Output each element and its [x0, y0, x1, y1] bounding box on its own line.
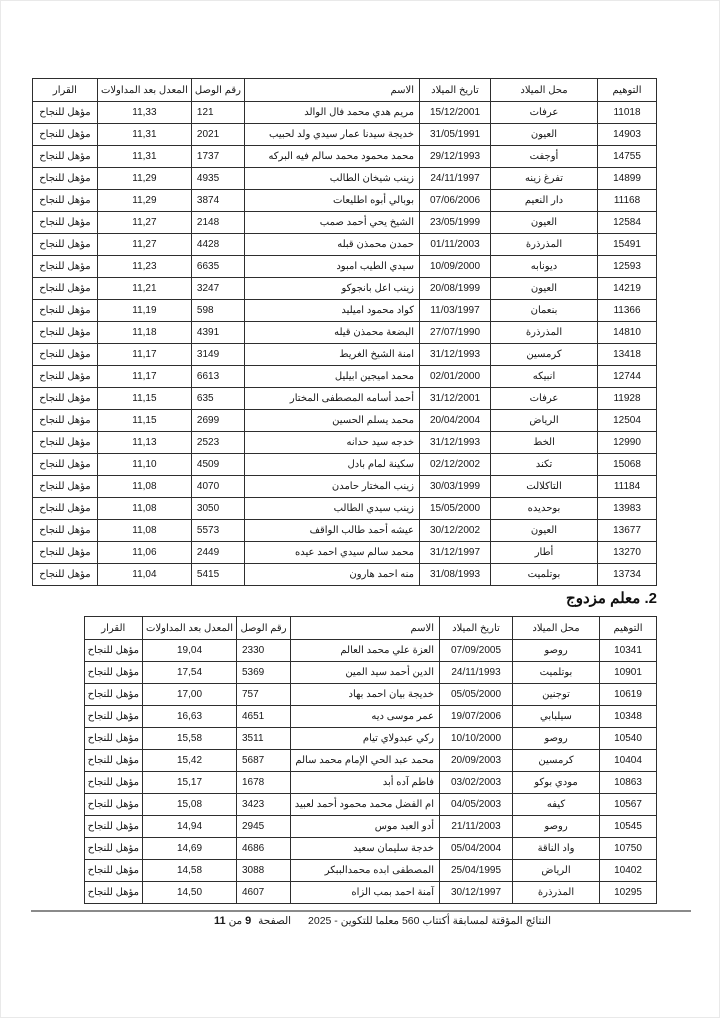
column-header-id: التوهيم	[598, 79, 657, 102]
column-header-decision: القرار	[32, 79, 97, 102]
cell-id: 12990	[598, 432, 657, 454]
cell-birth_place: روصو	[513, 640, 600, 662]
cell-id: 15068	[598, 454, 657, 476]
cell-average: 11,10	[97, 454, 191, 476]
table-row: 13270أطار31/12/1997محمد سالم سيدي احمد ع…	[32, 542, 656, 564]
table-row: 11184التاكلالت30/03/1999زينب المختار حام…	[32, 476, 656, 498]
cell-name: زينب شيخان الطالب	[245, 168, 420, 190]
cell-receipt_no: 5573	[191, 520, 244, 542]
cell-average: 19,04	[143, 640, 237, 662]
cell-birth_place: انبيكه	[491, 366, 598, 388]
table-row: 10540روصو10/10/2000ركي عبدولاي تيام35111…	[84, 728, 656, 750]
table-row: 13418كرمسين31/12/1993امنة الشيخ الغريط31…	[32, 344, 656, 366]
table-row: 14903العيون31/05/1991خديجة سيدنا عمار سي…	[32, 124, 656, 146]
section-heading-dual-teacher: 2. معلم مزدوج	[566, 589, 657, 607]
cell-id: 10863	[600, 772, 657, 794]
column-header-receipt_no: رقم الوصل	[237, 617, 291, 640]
cell-birth_date: 07/09/2005	[440, 640, 513, 662]
cell-average: 15,17	[143, 772, 237, 794]
cell-average: 11,08	[97, 476, 191, 498]
cell-name: زينب اعل بانجوكو	[245, 278, 420, 300]
cell-name: خدجة سليمان سعيد	[291, 838, 440, 860]
cell-name: خديجة سيدنا عمار سيدي ولد لحبيب	[245, 124, 420, 146]
cell-average: 11,29	[97, 190, 191, 212]
cell-birth_place: عرفات	[491, 388, 598, 410]
cell-average: 11,23	[97, 256, 191, 278]
cell-id: 11168	[598, 190, 657, 212]
cell-birth_place: الرياض	[513, 860, 600, 882]
cell-decision: مؤهل للنجاح	[32, 344, 97, 366]
cell-decision: مؤهل للنجاح	[32, 388, 97, 410]
cell-birth_date: 31/12/2001	[420, 388, 491, 410]
cell-decision: مؤهل للنجاح	[84, 684, 142, 706]
column-header-receipt_no: رقم الوصل	[191, 79, 244, 102]
table-row: 10404كرمسين20/09/2003محمد عبد الحي الإما…	[84, 750, 656, 772]
cell-id: 13418	[598, 344, 657, 366]
cell-name: محمد محمود محمد سالم فيه البركه	[245, 146, 420, 168]
cell-birth_place: دار النعيم	[491, 190, 598, 212]
cell-receipt_no: 3874	[191, 190, 244, 212]
cell-receipt_no: 2330	[237, 640, 291, 662]
cell-decision: مؤهل للنجاح	[32, 278, 97, 300]
cell-name: خدجه سيد حدانه	[245, 432, 420, 454]
cell-birth_date: 10/10/2000	[440, 728, 513, 750]
cell-birth_date: 03/02/2003	[440, 772, 513, 794]
column-header-decision: القرار	[84, 617, 142, 640]
cell-birth_date: 02/01/2000	[420, 366, 491, 388]
cell-birth_date: 24/11/1997	[420, 168, 491, 190]
cell-name: محمد يسلم الحسين	[245, 410, 420, 432]
cell-receipt_no: 4070	[191, 476, 244, 498]
cell-id: 12744	[598, 366, 657, 388]
table-row: 10567كيفه04/05/2003ام الفضل محمد محمود أ…	[84, 794, 656, 816]
cell-birth_place: العيون	[491, 212, 598, 234]
cell-receipt_no: 1678	[237, 772, 291, 794]
cell-receipt_no: 5369	[237, 662, 291, 684]
cell-name: محمد عبد الحي الإمام محمد سالم	[291, 750, 440, 772]
cell-average: 11,04	[97, 564, 191, 586]
cell-id: 12584	[598, 212, 657, 234]
cell-receipt_no: 2449	[191, 542, 244, 564]
cell-decision: مؤهل للنجاح	[32, 212, 97, 234]
cell-average: 15,08	[143, 794, 237, 816]
results-table-2-wrap: التوهيممحل الميلادتاريخ الميلادالاسمرقم …	[84, 616, 657, 904]
cell-decision: مؤهل للنجاح	[32, 366, 97, 388]
cell-receipt_no: 4391	[191, 322, 244, 344]
cell-name: محمد اميجين ابيليل	[245, 366, 420, 388]
cell-decision: مؤهل للنجاح	[84, 882, 142, 904]
cell-name: محمد سالم سيدي احمد عيده	[245, 542, 420, 564]
cell-average: 11,19	[97, 300, 191, 322]
table-row: 14899تفرغ زينه24/11/1997زينب شيخان الطال…	[32, 168, 656, 190]
cell-id: 11928	[598, 388, 657, 410]
cell-decision: مؤهل للنجاح	[32, 234, 97, 256]
cell-name: خديجة بيان احمد بهاد	[291, 684, 440, 706]
cell-average: 11,06	[97, 542, 191, 564]
table-row: 10901بوتلميت24/11/1993الدين أحمد سيد الم…	[84, 662, 656, 684]
cell-decision: مؤهل للنجاح	[32, 300, 97, 322]
cell-decision: مؤهل للنجاح	[84, 706, 142, 728]
cell-receipt_no: 3511	[237, 728, 291, 750]
cell-decision: مؤهل للنجاح	[84, 772, 142, 794]
column-header-average: المعدل بعد المداولات	[143, 617, 237, 640]
cell-receipt_no: 6613	[191, 366, 244, 388]
cell-average: 15,42	[143, 750, 237, 772]
cell-birth_place: التاكلالت	[491, 476, 598, 498]
cell-birth_date: 04/05/2003	[440, 794, 513, 816]
cell-id: 10750	[600, 838, 657, 860]
cell-receipt_no: 757	[237, 684, 291, 706]
cell-birth_place: تكند	[491, 454, 598, 476]
column-header-average: المعدل بعد المداولات	[97, 79, 191, 102]
cell-id: 10567	[600, 794, 657, 816]
cell-name: فاطم آده أبد	[291, 772, 440, 794]
cell-birth_date: 27/07/1990	[420, 322, 491, 344]
cell-name: الشيخ يحي أحمد صمب	[245, 212, 420, 234]
cell-id: 13677	[598, 520, 657, 542]
cell-decision: مؤهل للنجاح	[32, 454, 97, 476]
cell-id: 13983	[598, 498, 657, 520]
table-row: 15491المذرذرة01/11/2003حمدن محمذن قبله44…	[32, 234, 656, 256]
cell-id: 10540	[600, 728, 657, 750]
cell-birth_place: روصو	[513, 816, 600, 838]
cell-average: 11,08	[97, 498, 191, 520]
table-row: 10545روصو21/11/2003أدو العبد موس294514,9…	[84, 816, 656, 838]
cell-id: 13734	[598, 564, 657, 586]
cell-average: 11,21	[97, 278, 191, 300]
cell-receipt_no: 2523	[191, 432, 244, 454]
cell-average: 15,58	[143, 728, 237, 750]
cell-id: 12504	[598, 410, 657, 432]
cell-id: 14903	[598, 124, 657, 146]
cell-name: ركي عبدولاي تيام	[291, 728, 440, 750]
table-row: 11168دار النعيم07/06/2006بوبالي أبوه اطل…	[32, 190, 656, 212]
header-row: التوهيممحل الميلادتاريخ الميلادالاسمرقم …	[32, 79, 656, 102]
cell-id: 11184	[598, 476, 657, 498]
table-row: 10863مودي بوكو03/02/2003فاطم آده أبد1678…	[84, 772, 656, 794]
table-row: 14810المذرذرة27/07/1990البضعة محمذن قيله…	[32, 322, 656, 344]
cell-birth_date: 20/04/2004	[420, 410, 491, 432]
column-header-birth_place: محل الميلاد	[513, 617, 600, 640]
table-row: 14219العيون20/08/1999زينب اعل بانجوكو324…	[32, 278, 656, 300]
cell-average: 14,94	[143, 816, 237, 838]
cell-id: 10402	[600, 860, 657, 882]
cell-birth_date: 31/12/1997	[420, 542, 491, 564]
column-header-birth_place: محل الميلاد	[491, 79, 598, 102]
table-row: 10402الرياض25/04/1995المصطفى ابده محمدال…	[84, 860, 656, 882]
cell-name: الدين أحمد سيد المين	[291, 662, 440, 684]
results-table-primary: التوهيممحل الميلادتاريخ الميلادالاسمرقم …	[32, 78, 657, 586]
cell-name: حمدن محمذن قبله	[245, 234, 420, 256]
cell-decision: مؤهل للنجاح	[32, 520, 97, 542]
cell-receipt_no: 2021	[191, 124, 244, 146]
cell-average: 11,29	[97, 168, 191, 190]
cell-average: 14,69	[143, 838, 237, 860]
cell-receipt_no: 598	[191, 300, 244, 322]
cell-receipt_no: 4686	[237, 838, 291, 860]
cell-id: 10348	[600, 706, 657, 728]
cell-decision: مؤهل للنجاح	[32, 124, 97, 146]
cell-birth_date: 30/12/1997	[440, 882, 513, 904]
cell-birth_place: العيون	[491, 520, 598, 542]
cell-name: بوبالي أبوه اطليعات	[245, 190, 420, 212]
cell-id: 14810	[598, 322, 657, 344]
cell-birth_date: 20/08/1999	[420, 278, 491, 300]
cell-id: 11018	[598, 102, 657, 124]
cell-name: ام الفضل محمد محمود أحمد لعبيد	[291, 794, 440, 816]
cell-birth_date: 31/12/1993	[420, 432, 491, 454]
column-header-id: التوهيم	[600, 617, 657, 640]
cell-average: 11,17	[97, 366, 191, 388]
table-row: 12990الخط31/12/1993خدجه سيد حدانه252311,…	[32, 432, 656, 454]
cell-id: 10295	[600, 882, 657, 904]
cell-birth_date: 15/05/2000	[420, 498, 491, 520]
cell-receipt_no: 6635	[191, 256, 244, 278]
cell-name: عمر موسى ديه	[291, 706, 440, 728]
cell-birth_place: توجنين	[513, 684, 600, 706]
column-header-name: الاسم	[245, 79, 420, 102]
cell-birth_date: 20/09/2003	[440, 750, 513, 772]
cell-average: 11,33	[97, 102, 191, 124]
cell-birth_place: كرمسين	[513, 750, 600, 772]
cell-id: 11366	[598, 300, 657, 322]
cell-receipt_no: 2945	[237, 816, 291, 838]
cell-birth_date: 23/05/1999	[420, 212, 491, 234]
cell-name: عيشه أحمد طالب الواقف	[245, 520, 420, 542]
cell-id: 14219	[598, 278, 657, 300]
footer-page-total: 11	[214, 915, 226, 927]
table-row: 12504الرياض20/04/2004محمد يسلم الحسين269…	[32, 410, 656, 432]
cell-decision: مؤهل للنجاح	[32, 190, 97, 212]
footer-page-info: الصفحة 9 من 11	[214, 915, 291, 927]
cell-birth_place: الخط	[491, 432, 598, 454]
cell-birth_date: 01/11/2003	[420, 234, 491, 256]
cell-birth_place: تفرغ زينه	[491, 168, 598, 190]
cell-name: البضعة محمذن قيله	[245, 322, 420, 344]
cell-birth_place: بوتلميت	[513, 662, 600, 684]
cell-id: 15491	[598, 234, 657, 256]
cell-birth_date: 11/03/1997	[420, 300, 491, 322]
cell-decision: مؤهل للنجاح	[84, 794, 142, 816]
table-row: 11366بنعمان11/03/1997كواد محمود اميليد59…	[32, 300, 656, 322]
cell-name: سكينة لمام بادل	[245, 454, 420, 476]
footer-page-label: الصفحة	[258, 915, 291, 927]
cell-decision: مؤهل للنجاح	[32, 322, 97, 344]
cell-id: 13270	[598, 542, 657, 564]
cell-receipt_no: 2699	[191, 410, 244, 432]
table-row: 10619توجنين05/05/2000خديجة بيان احمد بها…	[84, 684, 656, 706]
cell-birth_date: 31/12/1993	[420, 344, 491, 366]
cell-decision: مؤهل للنجاح	[32, 102, 97, 124]
cell-average: 14,58	[143, 860, 237, 882]
footer-title: النتائج المؤقتة لمسابقة أكتتاب 560 معلما…	[308, 915, 551, 927]
footer-page-separator: من	[229, 915, 243, 927]
cell-birth_place: الرياض	[491, 410, 598, 432]
cell-receipt_no: 635	[191, 388, 244, 410]
cell-receipt_no: 5687	[237, 750, 291, 772]
table-row: 10295المذرذرة30/12/1997آمنة احمد بمب الز…	[84, 882, 656, 904]
cell-average: 11,15	[97, 410, 191, 432]
table-row: 10750واد الناقة05/04/2004خدجة سليمان سعي…	[84, 838, 656, 860]
column-header-birth_date: تاريخ الميلاد	[440, 617, 513, 640]
cell-decision: مؤهل للنجاح	[32, 476, 97, 498]
cell-receipt_no: 2148	[191, 212, 244, 234]
cell-receipt_no: 1737	[191, 146, 244, 168]
cell-birth_place: بوحديده	[491, 498, 598, 520]
cell-average: 11,27	[97, 234, 191, 256]
cell-birth_date: 24/11/1993	[440, 662, 513, 684]
cell-birth_place: كيفه	[513, 794, 600, 816]
cell-birth_place: كرمسين	[491, 344, 598, 366]
cell-average: 16,63	[143, 706, 237, 728]
cell-birth_place: أوجفت	[491, 146, 598, 168]
cell-decision: مؤهل للنجاح	[84, 816, 142, 838]
cell-id: 10545	[600, 816, 657, 838]
cell-receipt_no: 3247	[191, 278, 244, 300]
cell-name: زينب المختار حامدن	[245, 476, 420, 498]
cell-id: 10619	[600, 684, 657, 706]
cell-decision: مؤهل للنجاح	[32, 256, 97, 278]
table-row: 14755أوجفت29/12/1993محمد محمود محمد سالم…	[32, 146, 656, 168]
cell-birth_place: المذرذرة	[491, 234, 598, 256]
cell-average: 14,50	[143, 882, 237, 904]
cell-birth_date: 05/05/2000	[440, 684, 513, 706]
cell-receipt_no: 4651	[237, 706, 291, 728]
cell-birth_place: أطار	[491, 542, 598, 564]
cell-id: 10901	[600, 662, 657, 684]
cell-decision: مؤهل للنجاح	[32, 564, 97, 586]
cell-birth_place: عرفات	[491, 102, 598, 124]
cell-average: 11,15	[97, 388, 191, 410]
cell-birth_date: 19/07/2006	[440, 706, 513, 728]
cell-decision: مؤهل للنجاح	[32, 542, 97, 564]
cell-receipt_no: 3050	[191, 498, 244, 520]
cell-name: أحمد أسامه المصطفى المختار	[245, 388, 420, 410]
cell-name: المصطفى ابده محمدالببكر	[291, 860, 440, 882]
cell-id: 12593	[598, 256, 657, 278]
table-row: 10341روصو07/09/2005العزة علي محمد العالم…	[84, 640, 656, 662]
cell-birth_place: العيون	[491, 278, 598, 300]
cell-birth_place: ديونابه	[491, 256, 598, 278]
cell-birth_date: 21/11/2003	[440, 816, 513, 838]
cell-birth_place: المذرذرة	[491, 322, 598, 344]
cell-name: آمنة احمد بمب الزاه	[291, 882, 440, 904]
cell-decision: مؤهل للنجاح	[32, 498, 97, 520]
table-row: 11928عرفات31/12/2001أحمد أسامه المصطفى ا…	[32, 388, 656, 410]
cell-birth_date: 10/09/2000	[420, 256, 491, 278]
cell-birth_date: 29/12/1993	[420, 146, 491, 168]
cell-average: 17,54	[143, 662, 237, 684]
cell-decision: مؤهل للنجاح	[84, 750, 142, 772]
cell-id: 14899	[598, 168, 657, 190]
cell-birth_place: المذرذرة	[513, 882, 600, 904]
cell-birth_place: بنعمان	[491, 300, 598, 322]
cell-decision: مؤهل للنجاح	[32, 168, 97, 190]
cell-receipt_no: 4509	[191, 454, 244, 476]
cell-name: زينب سيدي الطالب	[245, 498, 420, 520]
footer-page-current: 9	[245, 915, 251, 927]
cell-birth_place: واد الناقة	[513, 838, 600, 860]
cell-birth_place: بوتلميت	[491, 564, 598, 586]
table-row: 12593ديونابه10/09/2000سيدي الطيب امبود66…	[32, 256, 656, 278]
cell-name: مريم هدي محمد فال الوالد	[245, 102, 420, 124]
cell-decision: مؤهل للنجاح	[32, 146, 97, 168]
cell-decision: مؤهل للنجاح	[84, 728, 142, 750]
cell-name: امنة الشيخ الغريط	[245, 344, 420, 366]
cell-receipt_no: 3423	[237, 794, 291, 816]
cell-id: 14755	[598, 146, 657, 168]
cell-average: 11,27	[97, 212, 191, 234]
cell-name: العزة علي محمد العالم	[291, 640, 440, 662]
cell-average: 17,00	[143, 684, 237, 706]
cell-decision: مؤهل للنجاح	[84, 662, 142, 684]
cell-receipt_no: 5415	[191, 564, 244, 586]
table-row: 15068تكند02/12/2002سكينة لمام بادل450911…	[32, 454, 656, 476]
cell-receipt_no: 4935	[191, 168, 244, 190]
cell-birth_date: 30/03/1999	[420, 476, 491, 498]
table-row: 13677العيون30/12/2002عيشه أحمد طالب الوا…	[32, 520, 656, 542]
cell-birth_date: 02/12/2002	[420, 454, 491, 476]
results-table-1-wrap: التوهيممحل الميلادتاريخ الميلادالاسمرقم …	[32, 78, 657, 586]
table-row: 10348سيلبابي19/07/2006عمر موسى ديه465116…	[84, 706, 656, 728]
cell-decision: مؤهل للنجاح	[32, 432, 97, 454]
cell-receipt_no: 3088	[237, 860, 291, 882]
cell-average: 11,08	[97, 520, 191, 542]
results-table-dual-teacher: التوهيممحل الميلادتاريخ الميلادالاسمرقم …	[84, 616, 657, 904]
cell-birth_place: العيون	[491, 124, 598, 146]
cell-birth_date: 05/04/2004	[440, 838, 513, 860]
cell-id: 10341	[600, 640, 657, 662]
cell-decision: مؤهل للنجاح	[32, 410, 97, 432]
cell-id: 10404	[600, 750, 657, 772]
cell-birth_date: 30/12/2002	[420, 520, 491, 542]
cell-receipt_no: 121	[191, 102, 244, 124]
cell-average: 11,31	[97, 124, 191, 146]
column-header-name: الاسم	[291, 617, 440, 640]
table-row: 11018عرفات15/12/2001مريم هدي محمد فال ال…	[32, 102, 656, 124]
document-page: التوهيممحل الميلادتاريخ الميلادالاسمرقم …	[0, 0, 720, 1018]
cell-birth_date: 07/06/2006	[420, 190, 491, 212]
cell-birth_place: مودي بوكو	[513, 772, 600, 794]
cell-birth_date: 31/05/1991	[420, 124, 491, 146]
column-header-birth_date: تاريخ الميلاد	[420, 79, 491, 102]
cell-decision: مؤهل للنجاح	[84, 860, 142, 882]
table-row: 12744انبيكه02/01/2000محمد اميجين ابيليل6…	[32, 366, 656, 388]
cell-birth_place: سيلبابي	[513, 706, 600, 728]
cell-birth_date: 31/08/1993	[420, 564, 491, 586]
header-row: التوهيممحل الميلادتاريخ الميلادالاسمرقم …	[84, 617, 656, 640]
cell-name: كواد محمود اميليد	[245, 300, 420, 322]
cell-receipt_no: 4607	[237, 882, 291, 904]
cell-receipt_no: 3149	[191, 344, 244, 366]
cell-average: 11,18	[97, 322, 191, 344]
cell-name: منه احمد هارون	[245, 564, 420, 586]
table-row: 12584العيون23/05/1999الشيخ يحي أحمد صمب2…	[32, 212, 656, 234]
footer-divider	[31, 910, 691, 912]
cell-name: سيدي الطيب امبود	[245, 256, 420, 278]
table-row: 13734بوتلميت31/08/1993منه احمد هارون5415…	[32, 564, 656, 586]
cell-average: 11,31	[97, 146, 191, 168]
cell-average: 11,13	[97, 432, 191, 454]
cell-birth_date: 15/12/2001	[420, 102, 491, 124]
cell-birth_date: 25/04/1995	[440, 860, 513, 882]
cell-receipt_no: 4428	[191, 234, 244, 256]
cell-decision: مؤهل للنجاح	[84, 640, 142, 662]
cell-name: أدو العبد موس	[291, 816, 440, 838]
cell-decision: مؤهل للنجاح	[84, 838, 142, 860]
cell-birth_place: روصو	[513, 728, 600, 750]
cell-average: 11,17	[97, 344, 191, 366]
